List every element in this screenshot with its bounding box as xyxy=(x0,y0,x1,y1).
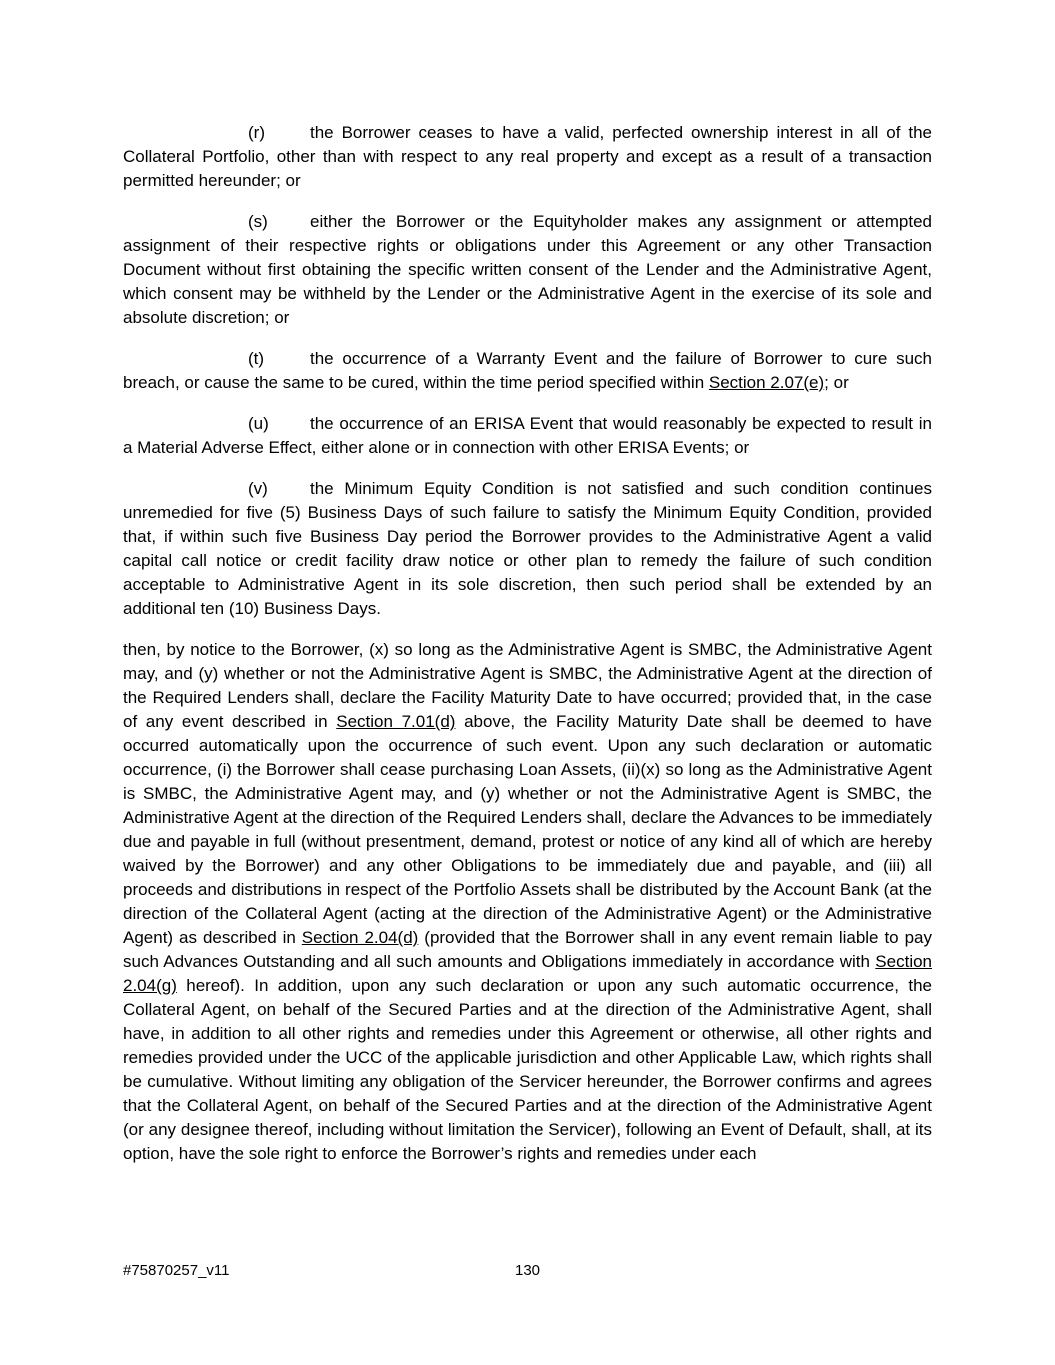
paragraph-r-label: (r) xyxy=(248,121,310,145)
paragraph-r-text: the Borrower ceases to have a valid, per… xyxy=(123,123,932,190)
paragraph-body: then, by notice to the Borrower, (x) so … xyxy=(123,638,932,1166)
paragraph-t-text: the occurrence of a Warranty Event and t… xyxy=(123,349,932,392)
section-ref-7-01-d: Section 7.01(d) xyxy=(336,712,455,731)
paragraph-u-text: the occurrence of an ERISA Event that wo… xyxy=(123,414,932,457)
paragraph-r: (r)the Borrower ceases to have a valid, … xyxy=(123,121,932,193)
paragraph-t-label: (t) xyxy=(248,347,310,371)
page-number: 130 xyxy=(123,1262,932,1280)
section-ref-2-04-g: Section 2.04(g) xyxy=(123,952,932,995)
section-ref-2-07-e: Section 2.07(e) xyxy=(709,373,824,392)
section-ref-2-04-d: Section 2.04(d) xyxy=(302,928,419,947)
paragraph-u-label: (u) xyxy=(248,412,310,436)
paragraph-s: (s)either the Borrower or the Equityhold… xyxy=(123,210,932,330)
document-page: (r)the Borrower ceases to have a valid, … xyxy=(0,0,1055,1365)
page-footer: #75870257_v11 130 xyxy=(123,1262,932,1282)
paragraph-v: (v)the Minimum Equity Condition is not s… xyxy=(123,477,932,621)
paragraph-t: (t)the occurrence of a Warranty Event an… xyxy=(123,347,932,395)
paragraph-body-text: then, by notice to the Borrower, (x) so … xyxy=(123,640,932,1163)
paragraph-v-text: the Minimum Equity Condition is not sati… xyxy=(123,479,932,618)
document-body: (r)the Borrower ceases to have a valid, … xyxy=(123,121,932,1166)
paragraph-v-label: (v) xyxy=(248,477,310,501)
paragraph-u: (u)the occurrence of an ERISA Event that… xyxy=(123,412,932,460)
paragraph-s-label: (s) xyxy=(248,210,310,234)
paragraph-s-text: either the Borrower or the Equityholder … xyxy=(123,212,932,327)
